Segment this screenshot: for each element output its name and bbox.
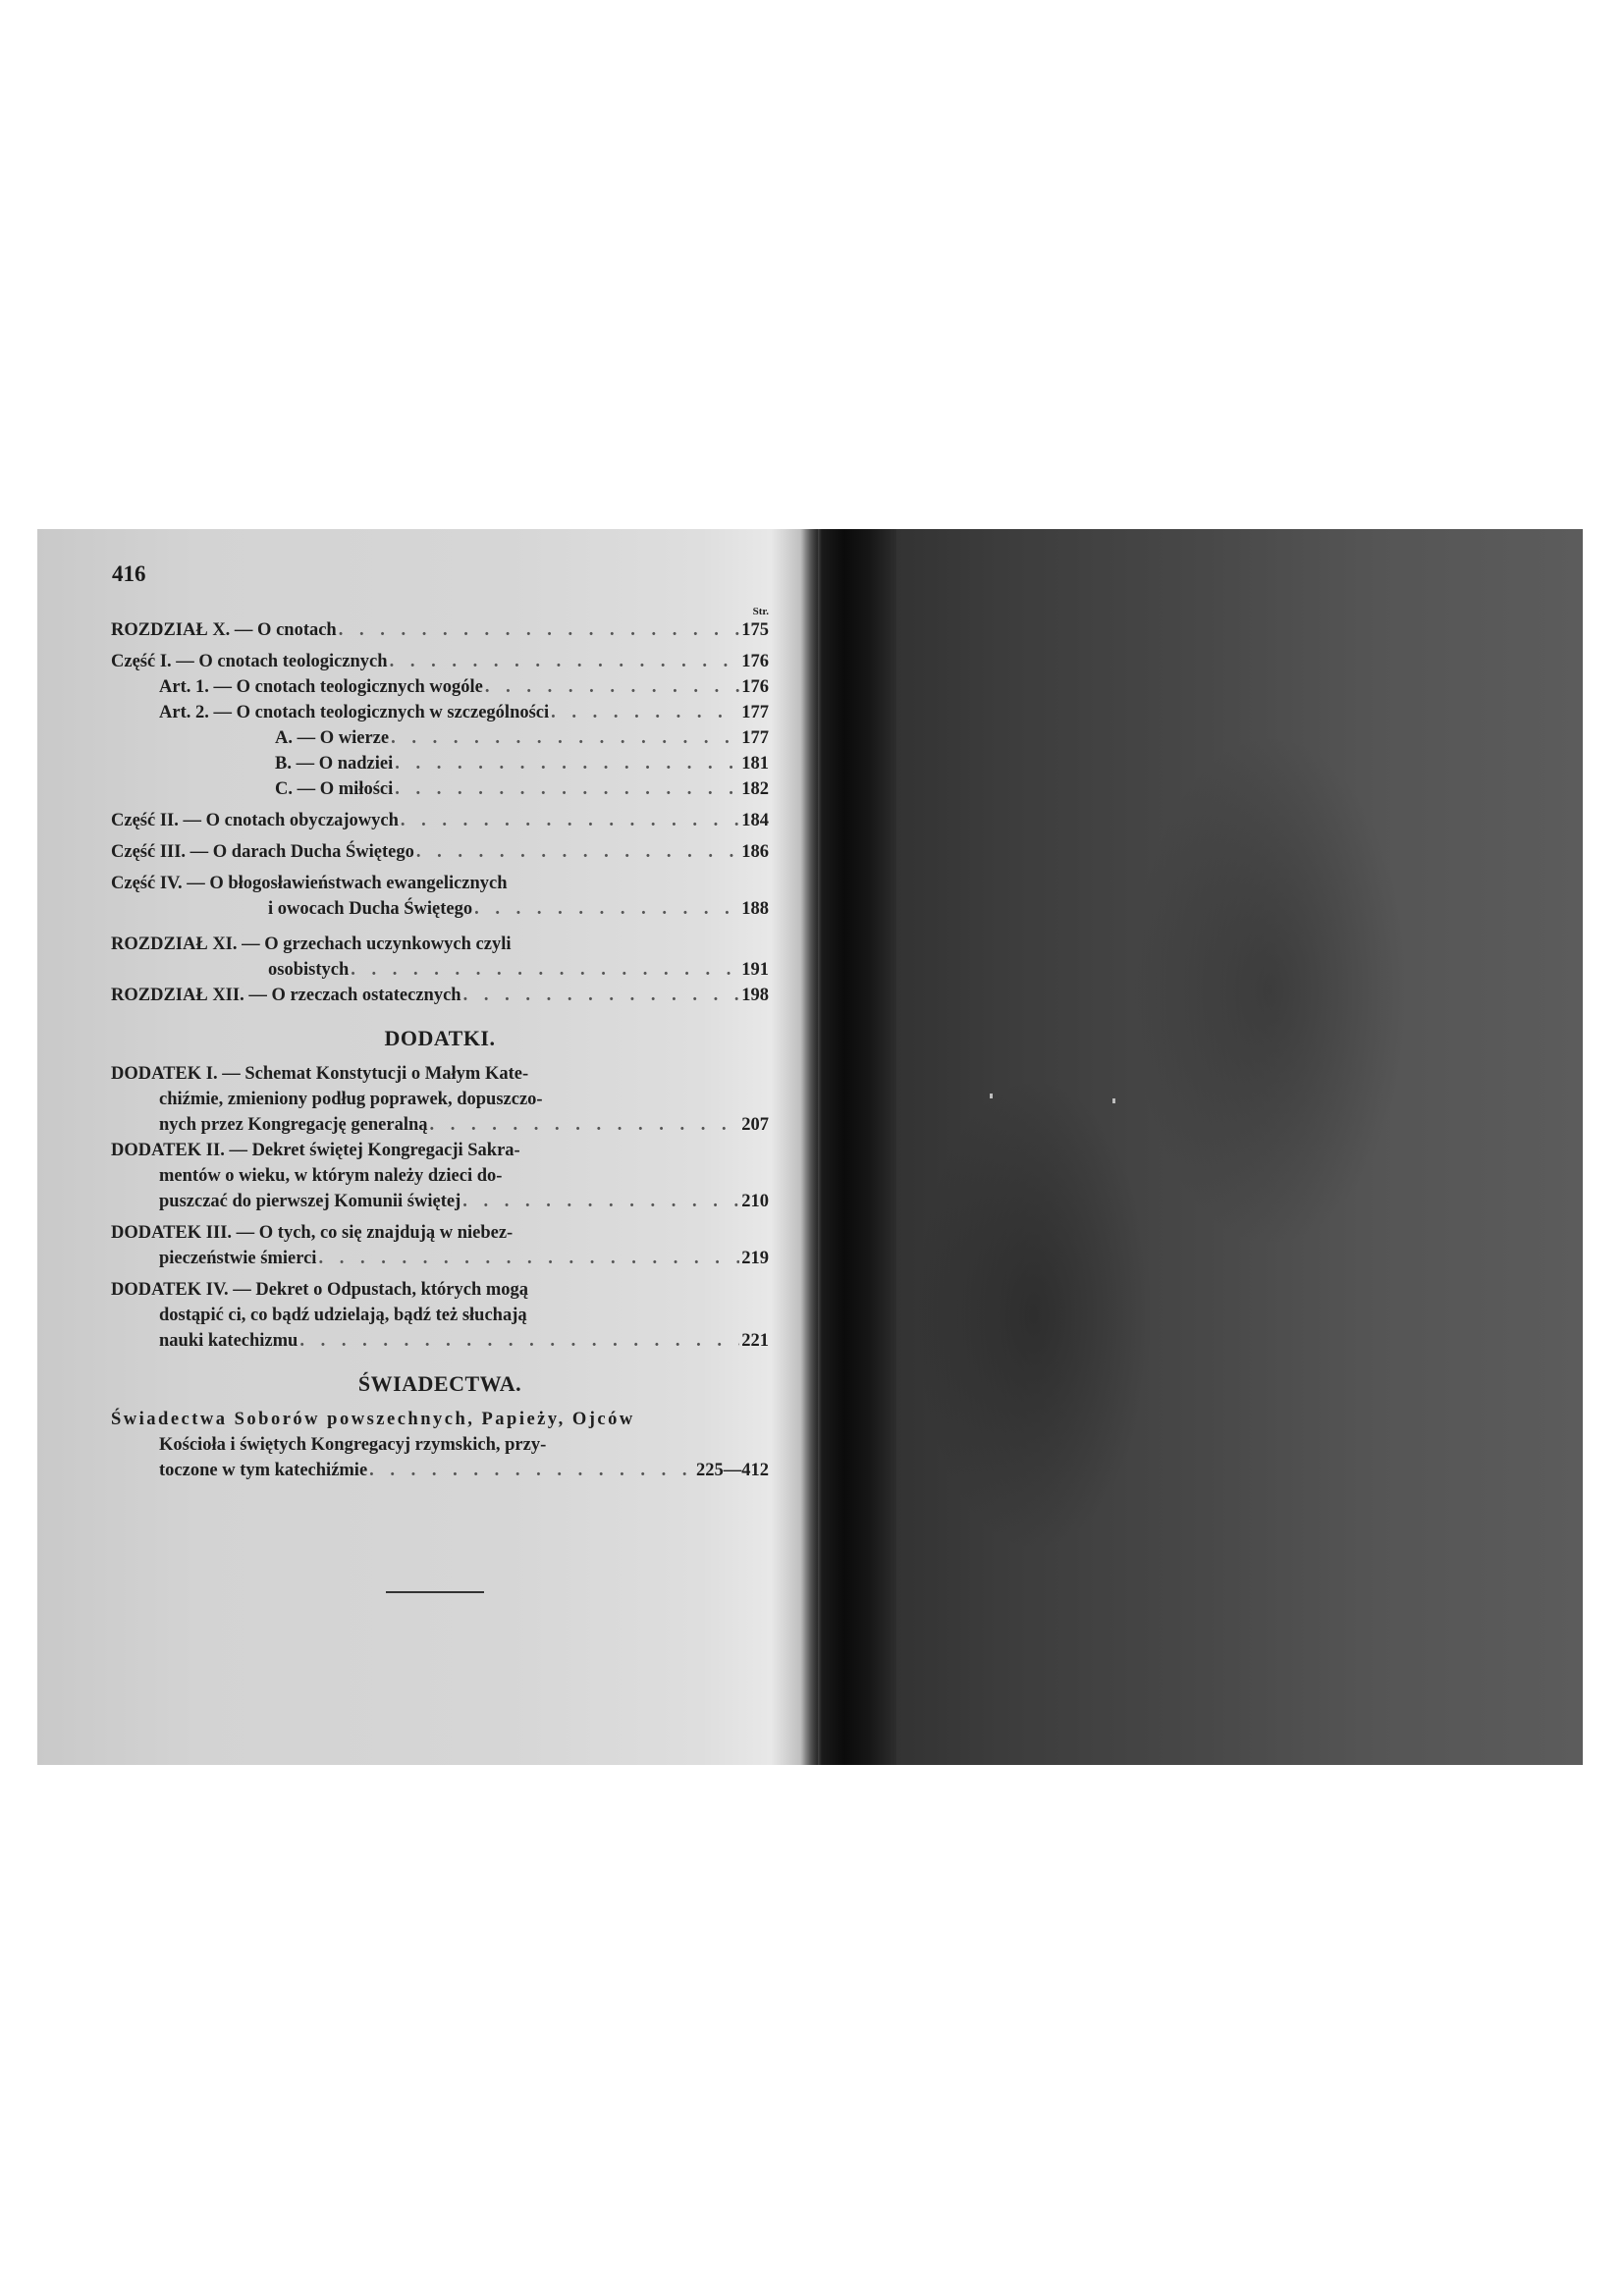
toc-entry-page: 177 — [741, 700, 769, 725]
toc-entry[interactable]: Art. 1. — O cnotach teologicznych wogóle… — [111, 674, 769, 700]
toc-entry-page: 186 — [741, 839, 769, 865]
toc-entry-page: 191 — [741, 957, 769, 983]
appendix-page: 219 — [741, 1246, 769, 1271]
page-number: 416 — [112, 561, 146, 587]
appendix-label-continued: nauki katechizmu — [159, 1328, 298, 1354]
testimonies-label: Świadectwa Soborów powszechnych, Papieży… — [111, 1407, 635, 1432]
toc-entry-page: 188 — [741, 896, 769, 922]
toc-entry-page: 177 — [741, 725, 769, 751]
toc-entry-label: ROZDZIAŁ X. — O cnotach — [111, 617, 337, 643]
leader-dots — [339, 617, 740, 643]
toc-entry[interactable]: ROZDZIAŁ XI. — O grzechach uczynkowych c… — [111, 932, 769, 983]
leader-dots — [430, 1112, 740, 1138]
toc-entry[interactable]: C. — O miłości 182 — [111, 776, 769, 802]
appendix-label-continued: chiźmie, zmieniony podług poprawek, dopu… — [159, 1087, 543, 1112]
toc-entry-page: 181 — [741, 751, 769, 776]
toc-entry-label: Część IV. — O błogosławieństwach ewangel… — [111, 871, 508, 896]
appendix-label-continued: pieczeństwie śmierci — [159, 1246, 316, 1271]
toc-entry-page: 182 — [741, 776, 769, 802]
appendix-label: DODATEK II. — Dekret świętej Kongregacji… — [111, 1138, 520, 1163]
toc-entry-label: A. — O wierze — [275, 725, 389, 751]
leader-dots — [299, 1328, 739, 1354]
appendix-label-continued: nych przez Kongregację generalną — [159, 1112, 428, 1138]
toc-entry[interactable]: Część I. — O cnotach teologicznych 176 — [111, 649, 769, 674]
testimonies-label-continued: Kościoła i świętych Kongregacyj rzymskic… — [159, 1432, 546, 1458]
toc-entry-page: 175 — [741, 617, 769, 643]
toc-entry[interactable]: Część II. — O cnotach obyczajowych 184 — [111, 808, 769, 833]
toc-entry[interactable]: Art. 2. — O cnotach teologicznych w szcz… — [111, 700, 769, 725]
appendix-entry[interactable]: DODATEK IV. — Dekret o Odpustach, któryc… — [111, 1277, 769, 1354]
appendix-heading: DODATKI. — [111, 1026, 769, 1051]
leader-dots — [351, 957, 739, 983]
toc-entry-label: Art. 1. — O cnotach teologicznych wogóle — [159, 674, 483, 700]
appendix-label: DODATEK I. — Schemat Konstytucji o Małym… — [111, 1061, 528, 1087]
appendix-label-continued: dostąpić ci, co bądź udzielają, bądź też… — [159, 1303, 527, 1328]
book-scan: 416 Str. ROZDZIAŁ X. — O cnotach 175 Czę… — [37, 529, 1583, 1765]
left-page: 416 Str. ROZDZIAŁ X. — O cnotach 175 Czę… — [37, 529, 818, 1765]
leader-dots — [401, 808, 739, 833]
leader-dots — [416, 839, 739, 865]
paper-speck — [990, 1094, 993, 1098]
leader-dots — [390, 649, 740, 674]
appendix-label: DODATEK III. — O tych, co się znajdują w… — [111, 1220, 513, 1246]
testimonies-label-continued: toczone w tym katechiźmie — [159, 1458, 367, 1483]
end-rule-divider — [386, 1591, 484, 1593]
testimonies-page-range: 225—412 — [696, 1458, 769, 1483]
toc-entry[interactable]: Część III. — O darach Ducha Świętego 186 — [111, 839, 769, 865]
toc-entry-page: 176 — [741, 649, 769, 674]
toc-entry-label: Część III. — O darach Ducha Świętego — [111, 839, 414, 865]
leader-dots — [463, 983, 740, 1008]
right-page-blank — [896, 529, 1583, 1765]
toc-entry-page: 176 — [741, 674, 769, 700]
book-gutter-shadow — [800, 529, 898, 1765]
appendix-page: 221 — [741, 1328, 769, 1354]
toc-entry-label: B. — O nadziei — [275, 751, 393, 776]
toc-entry[interactable]: A. — O wierze 177 — [111, 725, 769, 751]
leader-dots — [369, 1458, 694, 1483]
toc-entry[interactable]: ROZDZIAŁ XII. — O rzeczach ostatecznych … — [111, 983, 769, 1008]
testimonies-entry[interactable]: Świadectwa Soborów powszechnych, Papieży… — [111, 1407, 769, 1483]
toc-entry-label: Część I. — O cnotach teologicznych — [111, 649, 388, 674]
leader-dots — [318, 1246, 739, 1271]
appendix-page: 207 — [741, 1112, 769, 1138]
toc-entry[interactable]: ROZDZIAŁ X. — O cnotach 175 — [111, 617, 769, 643]
toc-entry-label-continued: i owocach Ducha Świętego — [268, 896, 472, 922]
toc-entry-label-continued: osobistych — [268, 957, 349, 983]
toc-entry-page: 184 — [741, 808, 769, 833]
leader-dots — [395, 776, 739, 802]
leader-dots — [391, 725, 739, 751]
appendix-entry[interactable]: DODATEK III. — O tych, co się znajdują w… — [111, 1220, 769, 1271]
page-column-label: Str. — [111, 606, 769, 617]
toc-entry-page: 198 — [741, 983, 769, 1008]
appendix-label: DODATEK IV. — Dekret o Odpustach, któryc… — [111, 1277, 528, 1303]
appendix-page: 210 — [741, 1189, 769, 1214]
toc-entry-label: ROZDZIAŁ XII. — O rzeczach ostatecznych — [111, 983, 461, 1008]
leader-dots — [551, 700, 739, 725]
appendix-entry[interactable]: DODATEK I. — Schemat Konstytucji o Małym… — [111, 1061, 769, 1138]
leader-dots — [474, 896, 739, 922]
appendix-label-continued: mentów o wieku, w którym należy dzieci d… — [159, 1163, 502, 1189]
appendix-label-continued: puszczać do pierwszej Komunii świętej — [159, 1189, 460, 1214]
toc-entry[interactable]: Część IV. — O błogosławieństwach ewangel… — [111, 871, 769, 922]
paper-speck — [1112, 1098, 1115, 1103]
leader-dots — [395, 751, 739, 776]
table-of-contents: Str. ROZDZIAŁ X. — O cnotach 175 Część I… — [111, 606, 769, 1483]
leader-dots — [462, 1189, 739, 1214]
leader-dots — [485, 674, 739, 700]
toc-entry-label: ROZDZIAŁ XI. — O grzechach uczynkowych c… — [111, 932, 512, 957]
toc-entry-label: Część II. — O cnotach obyczajowych — [111, 808, 399, 833]
testimonies-heading: ŚWIADECTWA. — [111, 1371, 769, 1397]
toc-entry-label: Art. 2. — O cnotach teologicznych w szcz… — [159, 700, 549, 725]
appendix-entry[interactable]: DODATEK II. — Dekret świętej Kongregacji… — [111, 1138, 769, 1214]
toc-entry[interactable]: B. — O nadziei 181 — [111, 751, 769, 776]
toc-entry-label: C. — O miłości — [275, 776, 393, 802]
